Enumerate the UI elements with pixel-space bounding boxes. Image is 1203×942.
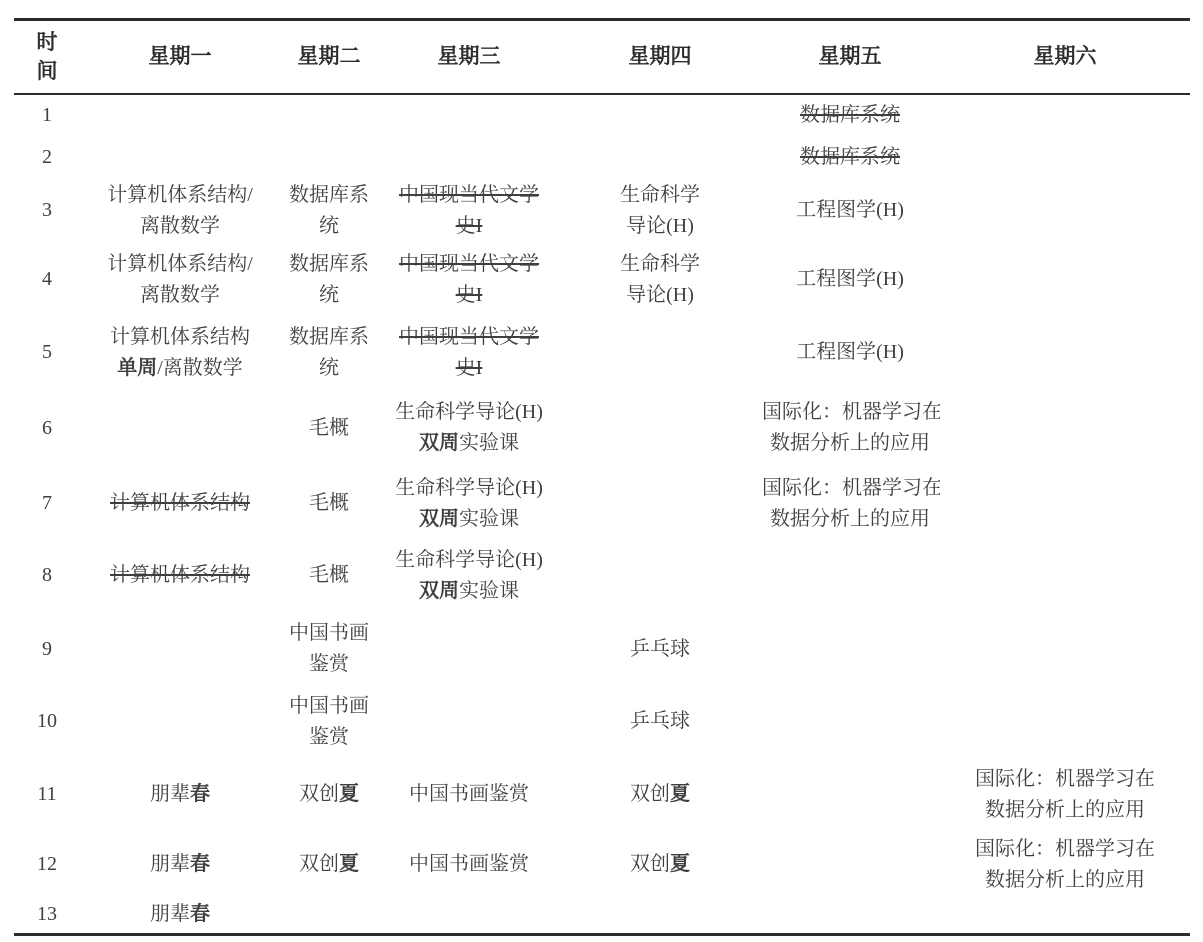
course-text-line: 乒乓球 [562, 706, 758, 737]
cell-friday-9 [760, 612, 940, 687]
cell-tuesday-8: 毛概 [280, 540, 378, 612]
course-text-line: 国际化：机器学习在 [942, 764, 1188, 795]
cell-wednesday-8: 生命科学导论(H)双周实验课 [378, 540, 560, 612]
time-slot-label-10: 10 [14, 687, 80, 757]
cell-saturday-12: 国际化：机器学习在数据分析上的应用 [940, 833, 1190, 897]
course-text-line: 乒乓球 [562, 634, 758, 665]
cell-tuesday-7: 毛概 [280, 468, 378, 540]
course-text-line: 中国现当代文学 [380, 322, 558, 353]
cell-tuesday-1 [280, 94, 378, 137]
course-text-line: 导论(H) [562, 211, 758, 242]
course-text-line: 毛概 [282, 488, 376, 519]
cell-wednesday-10 [378, 687, 560, 757]
cell-saturday-2 [940, 137, 1190, 179]
course-text-line: 计算机体系结构 [82, 560, 278, 591]
time-slot-label-12: 12 [14, 833, 80, 897]
course-text-line: 生命科学导论(H) [380, 397, 558, 428]
course-entry: 双创夏 [282, 779, 376, 810]
time-slot-label-13: 13 [14, 897, 80, 935]
course-text-line: 工程图学(H) [762, 337, 938, 368]
course-entry: 工程图学(H) [762, 337, 938, 368]
cell-thursday-3: 生命科学导论(H) [560, 179, 760, 243]
timetable-row-12: 12朋辈春双创夏中国书画鉴赏双创夏国际化：机器学习在数据分析上的应用 [14, 833, 1190, 897]
course-text-line: 史I [380, 353, 558, 384]
cell-saturday-1 [940, 94, 1190, 137]
course-text-line: 导论(H) [562, 280, 758, 311]
course-text-line: 中国书画鉴赏 [380, 779, 558, 810]
course-entry: 国际化：机器学习在数据分析上的应用 [942, 764, 1188, 826]
cell-friday-4: 工程图学(H) [760, 243, 940, 317]
time-slot-label-9: 9 [14, 612, 80, 687]
cell-wednesday-4: 中国现当代文学史I [378, 243, 560, 317]
course-text-line: 数据分析上的应用 [942, 865, 1188, 896]
course-entry: 毛概 [282, 413, 376, 444]
course-text-line: 毛概 [282, 560, 376, 591]
course-text-line: 数据分析上的应用 [762, 504, 938, 535]
course-text-line: 计算机体系结构 [82, 322, 278, 353]
course-entry: 数据库系统 [282, 249, 376, 311]
column-header-wednesday: 星期三 [378, 20, 560, 94]
course-text-line: 数据分析上的应用 [762, 428, 938, 459]
timetable-row-7: 7计算机体系结构毛概生命科学导论(H)双周实验课国际化：机器学习在数据分析上的应… [14, 468, 1190, 540]
header-row: 时 间星期一星期二星期三星期四星期五星期六 [14, 20, 1190, 94]
cell-monday-5: 计算机体系结构单周/离散数学 [80, 317, 280, 389]
course-text-line: 双创夏 [282, 779, 376, 810]
timetable-row-3: 3计算机体系结构/离散数学数据库系统中国现当代文学史I生命科学导论(H)工程图学… [14, 179, 1190, 243]
course-text-line: 数据库系 [282, 249, 376, 280]
cell-thursday-2 [560, 137, 760, 179]
cell-wednesday-1 [378, 94, 560, 137]
cell-saturday-6 [940, 389, 1190, 468]
column-header-friday: 星期五 [760, 20, 940, 94]
timetable-row-6: 6毛概生命科学导论(H)双周实验课国际化：机器学习在数据分析上的应用 [14, 389, 1190, 468]
course-text-line: 双创夏 [282, 849, 376, 880]
cell-friday-10 [760, 687, 940, 757]
cell-saturday-8 [940, 540, 1190, 612]
timetable-row-5: 5计算机体系结构单周/离散数学数据库系统中国现当代文学史I工程图学(H) [14, 317, 1190, 389]
course-text-line: 双创夏 [562, 849, 758, 880]
cell-wednesday-6: 生命科学导论(H)双周实验课 [378, 389, 560, 468]
course-entry: 中国现当代文学史I [380, 249, 558, 311]
cell-monday-3: 计算机体系结构/离散数学 [80, 179, 280, 243]
cell-tuesday-9: 中国书画鉴赏 [280, 612, 378, 687]
time-slot-label-5: 5 [14, 317, 80, 389]
course-entry: 朋辈春 [82, 779, 278, 810]
course-text-line: 史I [380, 280, 558, 311]
course-entry: 毛概 [282, 560, 376, 591]
cell-friday-12 [760, 833, 940, 897]
course-text-line: 中国书画 [282, 618, 376, 649]
cell-saturday-4 [940, 243, 1190, 317]
cell-monday-8: 计算机体系结构 [80, 540, 280, 612]
cell-tuesday-13 [280, 897, 378, 935]
course-entry: 国际化：机器学习在数据分析上的应用 [942, 834, 1188, 896]
time-slot-label-11: 11 [14, 757, 80, 833]
course-text-line: 朋辈春 [82, 779, 278, 810]
cell-thursday-5 [560, 317, 760, 389]
time-slot-label-3: 3 [14, 179, 80, 243]
time-slot-label-4: 4 [14, 243, 80, 317]
cell-friday-13 [760, 897, 940, 935]
course-text-line: 中国现当代文学 [380, 180, 558, 211]
course-entry: 计算机体系结构 [82, 560, 278, 591]
course-text-line: 计算机体系结构/ [82, 249, 278, 280]
cell-friday-2: 数据库系统 [760, 137, 940, 179]
course-text-line: 数据库系统 [762, 142, 938, 173]
timetable-row-9: 9中国书画鉴赏乒乓球 [14, 612, 1190, 687]
cell-saturday-9 [940, 612, 1190, 687]
course-text-line: 统 [282, 211, 376, 242]
cell-monday-9 [80, 612, 280, 687]
cell-wednesday-9 [378, 612, 560, 687]
course-text-line: 数据库系 [282, 180, 376, 211]
course-text-line: 史I [380, 211, 558, 242]
course-entry: 生命科学导论(H) [562, 180, 758, 242]
cell-thursday-8 [560, 540, 760, 612]
course-entry: 数据库系统 [282, 180, 376, 242]
course-entry: 计算机体系结构/离散数学 [82, 180, 278, 242]
course-entry: 中国现当代文学史I [380, 322, 558, 384]
course-entry: 中国现当代文学史I [380, 180, 558, 242]
cell-monday-1 [80, 94, 280, 137]
timetable-row-4: 4计算机体系结构/离散数学数据库系统中国现当代文学史I生命科学导论(H)工程图学… [14, 243, 1190, 317]
course-entry: 朋辈春 [82, 899, 278, 930]
course-entry: 数据库系统 [282, 322, 376, 384]
course-text-line: 数据库系统 [762, 100, 938, 131]
course-text-line: 生命科学导论(H) [380, 545, 558, 576]
course-text-line: 国际化：机器学习在 [762, 473, 938, 504]
course-text-line: 工程图学(H) [762, 195, 938, 226]
course-entry: 计算机体系结构/离散数学 [82, 249, 278, 311]
course-entry: 计算机体系结构单周/离散数学 [82, 322, 278, 384]
cell-thursday-9: 乒乓球 [560, 612, 760, 687]
cell-monday-2 [80, 137, 280, 179]
cell-monday-7: 计算机体系结构 [80, 468, 280, 540]
timetable-body: 1数据库系统2数据库系统3计算机体系结构/离散数学数据库系统中国现当代文学史I生… [14, 94, 1190, 935]
course-text-line: 数据分析上的应用 [942, 795, 1188, 826]
course-entry: 计算机体系结构 [82, 488, 278, 519]
cell-wednesday-3: 中国现当代文学史I [378, 179, 560, 243]
cell-thursday-6 [560, 389, 760, 468]
course-text-line: 国际化：机器学习在 [762, 397, 938, 428]
course-text-line: 生命科学 [562, 249, 758, 280]
cell-friday-1: 数据库系统 [760, 94, 940, 137]
course-entry: 乒乓球 [562, 634, 758, 665]
course-text-line: 生命科学 [562, 180, 758, 211]
course-entry: 中国书画鉴赏 [380, 849, 558, 880]
cell-wednesday-2 [378, 137, 560, 179]
cell-saturday-7 [940, 468, 1190, 540]
cell-friday-7: 国际化：机器学习在数据分析上的应用 [760, 468, 940, 540]
cell-thursday-10: 乒乓球 [560, 687, 760, 757]
course-text-line: 鉴赏 [282, 722, 376, 753]
course-text-line: 毛概 [282, 413, 376, 444]
column-header-monday: 星期一 [80, 20, 280, 94]
course-text-line: 中国书画 [282, 691, 376, 722]
time-slot-label-8: 8 [14, 540, 80, 612]
cell-thursday-4: 生命科学导论(H) [560, 243, 760, 317]
cell-friday-8 [760, 540, 940, 612]
time-slot-label-1: 1 [14, 94, 80, 137]
time-slot-label-7: 7 [14, 468, 80, 540]
cell-monday-12: 朋辈春 [80, 833, 280, 897]
timetable-row-13: 13朋辈春 [14, 897, 1190, 935]
cell-tuesday-12: 双创夏 [280, 833, 378, 897]
timetable: 时 间星期一星期二星期三星期四星期五星期六 1数据库系统2数据库系统3计算机体系… [14, 18, 1190, 936]
course-text-line: 生命科学导论(H) [380, 473, 558, 504]
cell-tuesday-3: 数据库系统 [280, 179, 378, 243]
cell-tuesday-4: 数据库系统 [280, 243, 378, 317]
timetable-row-8: 8计算机体系结构毛概生命科学导论(H)双周实验课 [14, 540, 1190, 612]
course-entry: 数据库系统 [762, 100, 938, 131]
course-text-line: 双周实验课 [380, 504, 558, 535]
cell-saturday-10 [940, 687, 1190, 757]
course-entry: 乒乓球 [562, 706, 758, 737]
course-entry: 毛概 [282, 488, 376, 519]
timetable-row-11: 11朋辈春双创夏中国书画鉴赏双创夏国际化：机器学习在数据分析上的应用 [14, 757, 1190, 833]
cell-tuesday-5: 数据库系统 [280, 317, 378, 389]
course-text-line: 统 [282, 280, 376, 311]
column-header-time: 时 间 [14, 20, 80, 94]
cell-wednesday-11: 中国书画鉴赏 [378, 757, 560, 833]
column-header-thursday: 星期四 [560, 20, 760, 94]
course-entry: 中国书画鉴赏 [282, 618, 376, 680]
cell-monday-10 [80, 687, 280, 757]
course-text-line: 中国现当代文学 [380, 249, 558, 280]
course-entry: 国际化：机器学习在数据分析上的应用 [762, 473, 938, 535]
cell-thursday-11: 双创夏 [560, 757, 760, 833]
cell-saturday-11: 国际化：机器学习在数据分析上的应用 [940, 757, 1190, 833]
cell-thursday-12: 双创夏 [560, 833, 760, 897]
course-text-line: 中国书画鉴赏 [380, 849, 558, 880]
course-entry: 生命科学导论(H) [562, 249, 758, 311]
cell-thursday-13 [560, 897, 760, 935]
course-text-line: 朋辈春 [82, 899, 278, 930]
course-entry: 数据库系统 [762, 142, 938, 173]
cell-tuesday-6: 毛概 [280, 389, 378, 468]
cell-monday-13: 朋辈春 [80, 897, 280, 935]
time-slot-label-6: 6 [14, 389, 80, 468]
timetable-row-2: 2数据库系统 [14, 137, 1190, 179]
column-header-tuesday: 星期二 [280, 20, 378, 94]
course-entry: 生命科学导论(H)双周实验课 [380, 545, 558, 607]
cell-tuesday-11: 双创夏 [280, 757, 378, 833]
column-header-saturday: 星期六 [940, 20, 1190, 94]
cell-saturday-5 [940, 317, 1190, 389]
cell-wednesday-5: 中国现当代文学史I [378, 317, 560, 389]
course-text-line: 单周/离散数学 [82, 353, 278, 384]
cell-friday-6: 国际化：机器学习在数据分析上的应用 [760, 389, 940, 468]
course-text-line: 双周实验课 [380, 428, 558, 459]
course-text-line: 离散数学 [82, 280, 278, 311]
cell-wednesday-7: 生命科学导论(H)双周实验课 [378, 468, 560, 540]
cell-monday-4: 计算机体系结构/离散数学 [80, 243, 280, 317]
course-text-line: 双创夏 [562, 779, 758, 810]
course-entry: 中国书画鉴赏 [282, 691, 376, 753]
course-entry: 工程图学(H) [762, 264, 938, 295]
course-entry: 生命科学导论(H)双周实验课 [380, 473, 558, 535]
cell-monday-6 [80, 389, 280, 468]
course-entry: 双创夏 [282, 849, 376, 880]
course-entry: 双创夏 [562, 779, 758, 810]
course-text-line: 统 [282, 353, 376, 384]
time-slot-label-2: 2 [14, 137, 80, 179]
course-entry: 双创夏 [562, 849, 758, 880]
cell-friday-11 [760, 757, 940, 833]
cell-saturday-13 [940, 897, 1190, 935]
course-text-line: 国际化：机器学习在 [942, 834, 1188, 865]
cell-thursday-7 [560, 468, 760, 540]
course-entry: 国际化：机器学习在数据分析上的应用 [762, 397, 938, 459]
course-entry: 朋辈春 [82, 849, 278, 880]
cell-tuesday-2 [280, 137, 378, 179]
course-text-line: 离散数学 [82, 211, 278, 242]
course-text-line: 双周实验课 [380, 576, 558, 607]
course-entry: 中国书画鉴赏 [380, 779, 558, 810]
cell-thursday-1 [560, 94, 760, 137]
cell-wednesday-13 [378, 897, 560, 935]
course-text-line: 工程图学(H) [762, 264, 938, 295]
course-entry: 生命科学导论(H)双周实验课 [380, 397, 558, 459]
timetable-row-10: 10中国书画鉴赏乒乓球 [14, 687, 1190, 757]
timetable-row-1: 1数据库系统 [14, 94, 1190, 137]
course-text-line: 朋辈春 [82, 849, 278, 880]
cell-tuesday-10: 中国书画鉴赏 [280, 687, 378, 757]
cell-friday-3: 工程图学(H) [760, 179, 940, 243]
course-text-line: 数据库系 [282, 322, 376, 353]
course-text-line: 计算机体系结构/ [82, 180, 278, 211]
course-entry: 工程图学(H) [762, 195, 938, 226]
cell-friday-5: 工程图学(H) [760, 317, 940, 389]
course-text-line: 鉴赏 [282, 649, 376, 680]
cell-wednesday-12: 中国书画鉴赏 [378, 833, 560, 897]
course-text-line: 计算机体系结构 [82, 488, 278, 519]
cell-saturday-3 [940, 179, 1190, 243]
cell-monday-11: 朋辈春 [80, 757, 280, 833]
